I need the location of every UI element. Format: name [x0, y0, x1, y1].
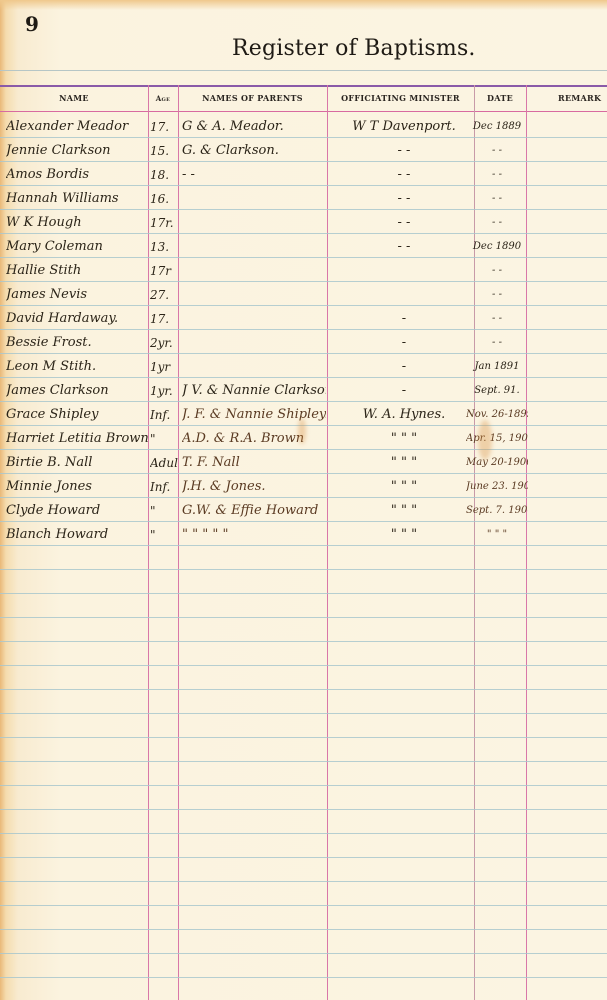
entry-name: Grace Shipley	[6, 404, 148, 426]
entry-name: Leon M Stith.	[6, 356, 148, 378]
entry-age: 2yr.	[150, 332, 178, 354]
ruled-line	[0, 737, 607, 738]
ruled-line	[0, 761, 607, 762]
edge-stain	[0, 0, 607, 10]
ruled-line	[0, 713, 607, 714]
entry-parents: - -	[182, 164, 326, 186]
entry-minister: " " "	[336, 452, 472, 474]
ruled-line	[0, 569, 607, 570]
header-age: Age	[148, 88, 178, 108]
entry-name: W K Hough	[6, 212, 148, 234]
ink-stain	[478, 420, 492, 460]
entry-date: Apr. 15, 1900.	[466, 428, 528, 450]
entry-date: Sept. 91.	[466, 380, 528, 402]
entry-date: - -	[466, 284, 528, 306]
entry-minister: -	[336, 308, 472, 330]
entry-name: Minnie Jones	[6, 476, 148, 498]
entry-age: "	[150, 500, 178, 522]
entry-age: 1yr	[150, 356, 178, 378]
entry-date: Sept. 7. 1900.	[466, 500, 528, 522]
entry-date: June 23. 1900	[466, 476, 528, 498]
entry-date: May 20-1900	[466, 452, 528, 474]
entry-date: - -	[466, 164, 528, 186]
entry-age: 17.	[150, 116, 178, 138]
entry-name: Amos Bordis	[6, 164, 148, 186]
entry-age: 27.	[150, 284, 178, 306]
entry-age: 17r	[150, 260, 178, 282]
entry-date: - -	[466, 212, 528, 234]
entry-name: Hannah Williams	[6, 188, 148, 210]
entry-age: Inf.	[150, 476, 178, 498]
entry-minister: -	[336, 380, 472, 402]
entry-parents: " " " " "	[182, 524, 326, 546]
entry-parents	[182, 188, 326, 210]
column-divider-age-parents	[178, 85, 179, 1000]
entry-minister	[336, 284, 472, 306]
ruled-line	[0, 809, 607, 810]
ruled-line	[0, 977, 607, 978]
entry-age: 18.	[150, 164, 178, 186]
entry-date: Dec 1889	[466, 116, 528, 138]
title-rule	[0, 70, 607, 71]
entry-parents: J.H. & Jones.	[182, 476, 326, 498]
header-date: DATE	[474, 88, 526, 108]
ruled-line	[0, 785, 607, 786]
entry-name: Mary Coleman	[6, 236, 148, 258]
entry-age: 16.	[150, 188, 178, 210]
ruled-line	[0, 617, 607, 618]
header-remarks: REMARK	[526, 88, 607, 108]
entry-age: "	[150, 524, 178, 546]
ruled-line	[0, 689, 607, 690]
entry-minister: " " "	[336, 428, 472, 450]
ruled-line	[0, 665, 607, 666]
entry-parents	[182, 332, 326, 354]
entry-minister: " " "	[336, 524, 472, 546]
entry-name: Jennie Clarkson	[6, 140, 148, 162]
entry-name: James Clarkson	[6, 380, 148, 402]
ruled-line	[0, 641, 607, 642]
entry-parents: T. F. Nall	[182, 452, 326, 474]
entry-date: Jan 1891	[466, 356, 528, 378]
entry-date: Dec 1890	[466, 236, 528, 258]
entry-name: James Nevis	[6, 284, 148, 306]
entry-parents	[182, 236, 326, 258]
entry-parents	[182, 284, 326, 306]
entry-age: 15.	[150, 140, 178, 162]
header-minister: OFFICIATING MINISTER	[327, 88, 474, 108]
entry-parents	[182, 260, 326, 282]
entry-name: Harriet Letitia Brown	[6, 428, 148, 450]
entry-minister: " " "	[336, 500, 472, 522]
entry-age: Inf.	[150, 404, 178, 426]
entry-date: - -	[466, 260, 528, 282]
entry-date: - -	[466, 140, 528, 162]
entry-parents	[182, 308, 326, 330]
header-parents: NAMES OF PARENTS	[178, 88, 327, 108]
entry-age: 13.	[150, 236, 178, 258]
ruled-line	[0, 833, 607, 834]
entry-age: 1yr.	[150, 380, 178, 402]
entry-minister: - -	[336, 140, 472, 162]
entry-minister	[336, 260, 472, 282]
column-divider-name-age	[148, 85, 149, 1000]
entry-minister: -	[336, 356, 472, 378]
header-top-rule	[0, 85, 607, 87]
entry-minister: - -	[336, 236, 472, 258]
entry-date: " " "	[466, 524, 528, 546]
ruled-line	[0, 857, 607, 858]
entry-age: 17.	[150, 308, 178, 330]
entry-minister: - -	[336, 164, 472, 186]
column-divider-parents-minister	[327, 85, 328, 1000]
entry-name: Hallie Stith	[6, 260, 148, 282]
entry-age: Adult	[150, 452, 178, 474]
entry-minister: -	[336, 332, 472, 354]
ruled-line	[0, 905, 607, 906]
entry-name: Clyde Howard	[6, 500, 148, 522]
entry-name: Birtie B. Nall	[6, 452, 148, 474]
entry-parents: J V. & Nannie Clarkson	[182, 380, 326, 402]
page-title: Register of Baptisms.	[232, 36, 476, 61]
entry-parents	[182, 212, 326, 234]
entry-date: - -	[466, 332, 528, 354]
ruled-line	[0, 929, 607, 930]
entry-parents: G.W. & Effie Howard	[182, 500, 326, 522]
entry-age: 17r.	[150, 212, 178, 234]
entry-parents: G & A. Meador.	[182, 116, 326, 138]
page-number: 9	[25, 12, 39, 36]
entry-parents	[182, 356, 326, 378]
ruled-line	[0, 593, 607, 594]
entry-name: David Hardaway.	[6, 308, 148, 330]
entry-minister: - -	[336, 212, 472, 234]
ruled-line	[0, 953, 607, 954]
entry-age: "	[150, 428, 178, 450]
entry-name: Blanch Howard	[6, 524, 148, 546]
entry-minister: " " "	[336, 476, 472, 498]
ruled-line	[0, 881, 607, 882]
entry-date: - -	[466, 308, 528, 330]
entry-minister: - -	[336, 188, 472, 210]
entry-minister: W. A. Hynes.	[336, 404, 472, 426]
entry-name: Alexander Meador	[6, 116, 148, 138]
header-bottom-rule	[0, 111, 607, 112]
entry-minister: W T Davenport.	[336, 116, 472, 138]
header-name: NAME	[0, 88, 148, 108]
ink-stain	[298, 418, 306, 444]
entry-parents: G. & Clarkson.	[182, 140, 326, 162]
entry-date: Nov. 26-1899.	[466, 404, 528, 426]
entry-date: - -	[466, 188, 528, 210]
entry-name: Bessie Frost.	[6, 332, 148, 354]
